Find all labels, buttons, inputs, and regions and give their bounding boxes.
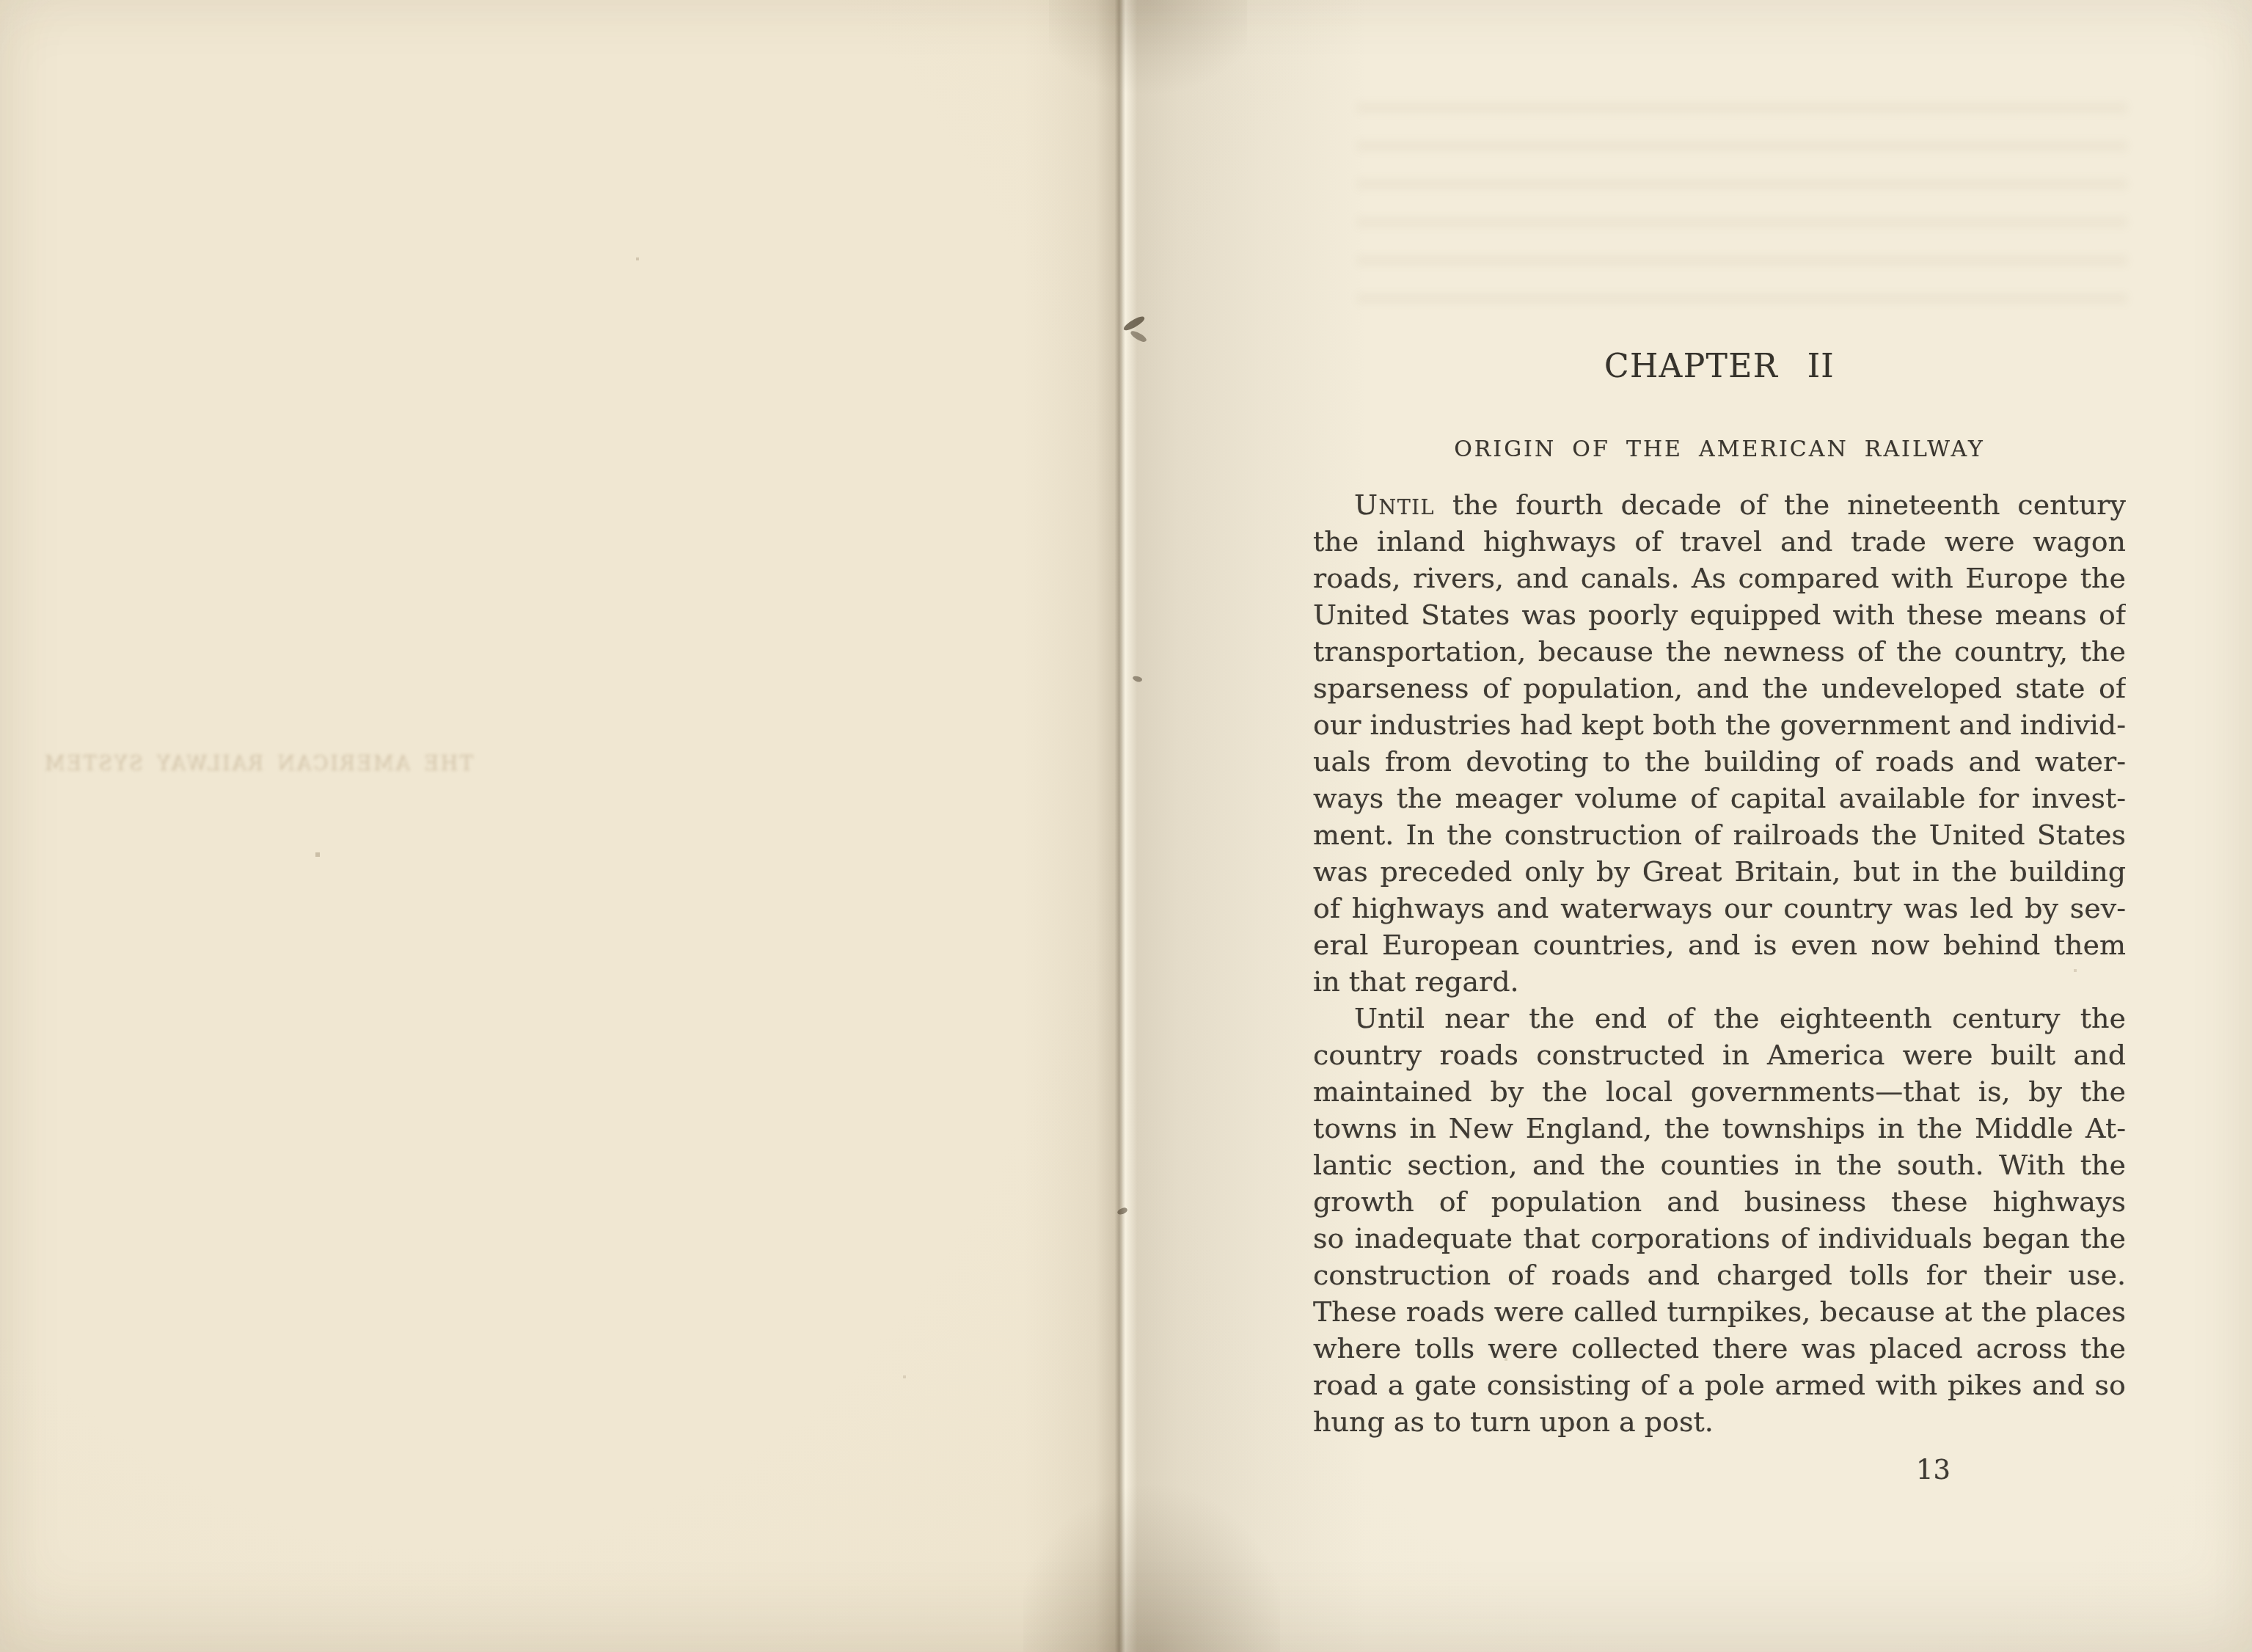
- text-line: hung as to turn upon a post.: [1313, 1403, 2126, 1440]
- text-line: transportation, because the newness of t…: [1313, 633, 2126, 670]
- gutter-shadow-top: [1049, 0, 1247, 95]
- text-line: was preceded only by Great Britain, but …: [1313, 853, 2126, 890]
- text-line: where tolls were collected there was pla…: [1313, 1330, 2126, 1367]
- text-line: uals from devoting to the building of ro…: [1313, 743, 2126, 780]
- text-line: These roads were called turnpikes, becau…: [1313, 1293, 2126, 1330]
- text-line: eral European countries, and is even now…: [1313, 926, 2126, 963]
- text-line: growth of population and business these …: [1313, 1183, 2126, 1220]
- body-text: Until the fourth decade of the nineteent…: [1313, 486, 2126, 1440]
- binding-thread: [1118, 308, 1156, 355]
- show-through-title: THE AMERICAN RAILWAY SYSTEM: [150, 753, 473, 775]
- book-scan: THE AMERICAN RAILWAY SYSTEM CHAPTER II O…: [0, 0, 2252, 1652]
- chapter-heading: CHAPTER II: [1313, 351, 2126, 383]
- binding-thread: [1115, 1205, 1131, 1218]
- binding-thread: [1131, 673, 1146, 685]
- text-line: towns in New England, the townships in t…: [1313, 1110, 2126, 1147]
- text-line: country roads constructed in America wer…: [1313, 1037, 2126, 1073]
- text-line: ways the meager volume of capital availa…: [1313, 780, 2126, 816]
- left-page: [0, 0, 1122, 1652]
- text-line: road a gate consisting of a pole armed w…: [1313, 1367, 2126, 1403]
- lead-word: Until: [1354, 489, 1435, 521]
- text-line: roads, rivers, and canals. As compared w…: [1313, 560, 2126, 596]
- text-line: so inadequate that corporations of indiv…: [1313, 1220, 2126, 1257]
- text-line: sparseness of population, and the undeve…: [1313, 670, 2126, 706]
- show-through-lines: [1357, 103, 2127, 323]
- text-line: lantic section, and the counties in the …: [1313, 1147, 2126, 1183]
- text-line: of highways and waterways our country wa…: [1313, 890, 2126, 926]
- page-number: 13: [1916, 1454, 1951, 1485]
- text-line: the inland highways of travel and trade …: [1313, 523, 2126, 560]
- text-line: Until the fourth decade of the nineteent…: [1313, 486, 2126, 523]
- text-line: maintained by the local governments—that…: [1313, 1073, 2126, 1110]
- text-line: in that regard.: [1313, 963, 2126, 1000]
- text-line: ment. In the construction of railroads t…: [1313, 816, 2126, 853]
- text-line: our industries had kept both the governm…: [1313, 706, 2126, 743]
- gutter-shadow-bottom: [1023, 1483, 1280, 1652]
- paper-specks: [0, 0, 1, 1]
- text-line: United States was poorly equipped with t…: [1313, 596, 2126, 633]
- text-line-rest: the fourth decade of the nineteenth cent…: [1435, 489, 2126, 521]
- text-line: Until near the end of the eighteenth cen…: [1313, 1000, 2126, 1037]
- chapter-subtitle: ORIGIN OF THE AMERICAN RAILWAY: [1313, 439, 2126, 461]
- text-line: construction of roads and charged tolls …: [1313, 1257, 2126, 1293]
